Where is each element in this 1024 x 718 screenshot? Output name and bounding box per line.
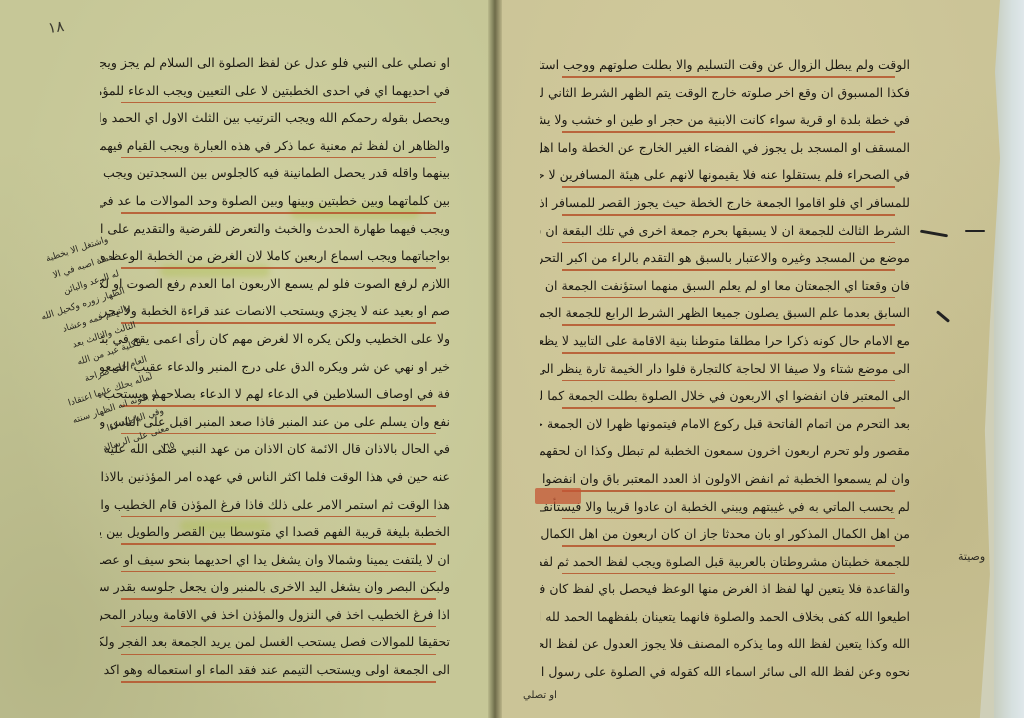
text-line: ويحصل بقوله رحمكم الله ويجب الترتيب بين …	[100, 105, 450, 133]
text-line: او نصلي على النبي فلو عدل عن لفظ الصلوة …	[100, 50, 450, 78]
right-page: الوقت ولم يبطل الزوال عن وقت التسليم وال…	[495, 0, 1000, 718]
text-line: مع الامام حال كونه ذكرا حرا مطلقا متوطنا…	[540, 328, 910, 356]
ink-stroke	[936, 310, 950, 323]
text-line: الى المعتبر فان انفضوا اي الاربعون في خل…	[540, 383, 910, 411]
text-line: تحقيقا للموالات فصل يستحب الغسل لمن يريد…	[100, 629, 450, 657]
text-line: فان وقعتا اي الجمعتان معا او لم يعلم الس…	[540, 273, 910, 301]
text-line: ان لا يلتفت يمينا وشمالا وان يشغل يدا اي…	[100, 547, 450, 575]
folio-number: ١٨	[47, 17, 65, 37]
text-line: في احديهما اي في احدى الخطبتين لا على ال…	[100, 78, 450, 106]
text-line: لم يحسب الماتي به في غيبتهم ويبني الخطبة…	[540, 494, 910, 522]
left-page-text-block: او نصلي على النبي فلو عدل عن لفظ الصلوة …	[100, 50, 450, 685]
text-line: عنه حين في هذا الوقت فلما اكثر الناس في …	[100, 464, 450, 492]
left-page: ١٨ او نصلي على النبي فلو عدل عن لفظ الصل…	[0, 0, 495, 718]
text-line: ولا على الخطيب ولكن يكره الا لغرض مهم كا…	[100, 326, 450, 354]
ink-stroke	[920, 230, 948, 238]
right-page-text-block: الوقت ولم يبطل الزوال عن وقت التسليم وال…	[540, 52, 910, 687]
text-line: والقاعدة فلا يتعين لها لفظ اذ الغرض منها…	[540, 576, 910, 604]
text-line: اطيعوا الله كفى بخلاف الحمد والصلوة فانه…	[540, 604, 910, 632]
text-line: اللازم لرفع الصوت فلو لم يسمع الاربعون ا…	[100, 271, 450, 299]
right-margin-note: وصيتة	[958, 550, 985, 563]
text-line: صم او بعيد عنه لا يجزي ويستحب الانصات عن…	[100, 298, 450, 326]
text-line: هذا الوقت ثم استمر الامر على ذلك فاذا فر…	[100, 492, 450, 520]
text-line: في خطة بلدة او قرية سواء كانت الابنية من…	[540, 107, 910, 135]
text-line: الى الجمعة اولى ويستحب التيمم عند فقد ال…	[100, 657, 450, 685]
text-line: بين كلماتهما وبين خطبتين وبينها وبين الص…	[100, 188, 450, 216]
text-line: بواجباتهما ويجب اسماع اربعين كاملا لان ا…	[100, 243, 450, 271]
text-line: السابق بعدما علم السبق يصلون جميعا الظهر…	[540, 300, 910, 328]
text-line: بينهما واقله قدر يحصل الطمانينة فيه كالج…	[100, 160, 450, 188]
text-line: من اهل الكمال المذكور او بان محدثا جاز ا…	[540, 521, 910, 549]
rubric-seal	[535, 488, 581, 504]
text-line: اذا فرغ الخطيب اخذ في النزول والمؤذن اخذ…	[100, 602, 450, 630]
text-line: الخطبة بليغة قريبة الفهم قصدا اي متوسطا …	[100, 519, 450, 547]
text-line: موضع من المسجد وغيره والاعتبار بالسبق هو…	[540, 245, 910, 273]
text-line: في الصحراء فلم يستقلوا عنه فلا يقيمونها …	[540, 162, 910, 190]
text-line: فكذا المسبوق ان وقع اخر صلوته خارج الوقت…	[540, 80, 910, 108]
text-line: الشرط الثالث للجمعة ان لا يسبقها بحرم جم…	[540, 218, 910, 246]
text-line: الوقت ولم يبطل الزوال عن وقت التسليم وال…	[540, 52, 910, 80]
text-line: للمسافر اي فلو اقاموا الجمعة خارج الخطة …	[540, 190, 910, 218]
text-line: المسقف او المسجد بل يجوز في الفضاء الغير…	[540, 135, 910, 163]
text-line: الى موضع شتاء ولا صيفا الا لحاجة كالتجار…	[540, 356, 910, 384]
text-line: مقصور ولو تحرم اربعون اخرون سمعون الخطبة…	[540, 438, 910, 466]
catchword: او تصلي	[523, 690, 557, 701]
ink-stroke	[965, 230, 985, 232]
text-line: والظاهر ان لفظ ثم معنية عما ذكر في هذه ا…	[100, 133, 450, 161]
text-line: نحوه وعن لفظ الله الى سائر اسماء الله كق…	[540, 659, 910, 687]
text-line: ويجب فيهما طهارة الحدث والخبث والتعرض لل…	[100, 216, 450, 244]
text-line: للجمعة خطبتان مشروطتان بالعربية قبل الصل…	[540, 549, 910, 577]
text-line: الله وكذا يتعين لفظ الله وما يذكره المصن…	[540, 631, 910, 659]
book-gutter	[488, 0, 502, 718]
text-line: وان لم يسمعوا الخطبة ثم انفض الاولون اذ …	[540, 466, 910, 494]
manuscript-spread: ١٨ او نصلي على النبي فلو عدل عن لفظ الصل…	[0, 0, 1024, 718]
text-line: بعد التحرم من اتمام الفاتحة قبل ركوع الا…	[540, 411, 910, 439]
text-line: ولبكن البصر وان يشغل اليد الاخرى بالمنبر…	[100, 574, 450, 602]
